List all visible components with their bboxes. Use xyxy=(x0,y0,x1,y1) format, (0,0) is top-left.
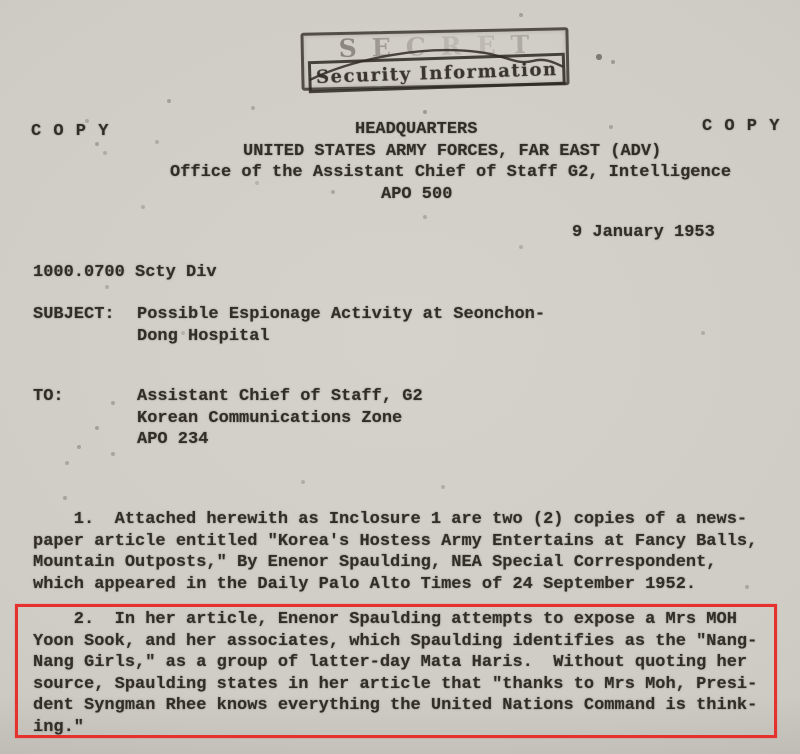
body-paragraph-1: 1. Attached herewith as Inclosure 1 are … xyxy=(33,509,757,595)
stamp-strike-curve xyxy=(300,27,569,91)
subject-label: SUBJECT: xyxy=(33,304,115,326)
letterhead-command: UNITED STATES ARMY FORCES, FAR EAST (ADV… xyxy=(243,141,661,163)
body-paragraph-2: 2. In her article, Enenor Spaulding atte… xyxy=(33,609,757,739)
classification-stamp: SECRET Security Information xyxy=(300,27,569,91)
copy-marking-right: C O P Y xyxy=(702,116,780,138)
file-reference: 1000.0700 Scty Div xyxy=(33,262,217,284)
letterhead-office: Office of the Assistant Chief of Staff G… xyxy=(170,162,731,184)
paper-noise xyxy=(0,0,2,2)
copy-marking-left: C O P Y xyxy=(31,121,109,143)
scanned-memo-page: SECRET Security Information C O P Y C O … xyxy=(0,0,800,754)
letterhead-apo: APO 500 xyxy=(381,184,452,206)
subject-text: Possible Espionage Activity at Seonchon-… xyxy=(137,304,545,347)
document-date: 9 January 1953 xyxy=(572,222,715,244)
letterhead-headquarters: HEADQUARTERS xyxy=(355,119,477,141)
to-label: TO: xyxy=(33,386,64,408)
to-address: Assistant Chief of Staff, G2 Korean Comm… xyxy=(137,386,423,451)
